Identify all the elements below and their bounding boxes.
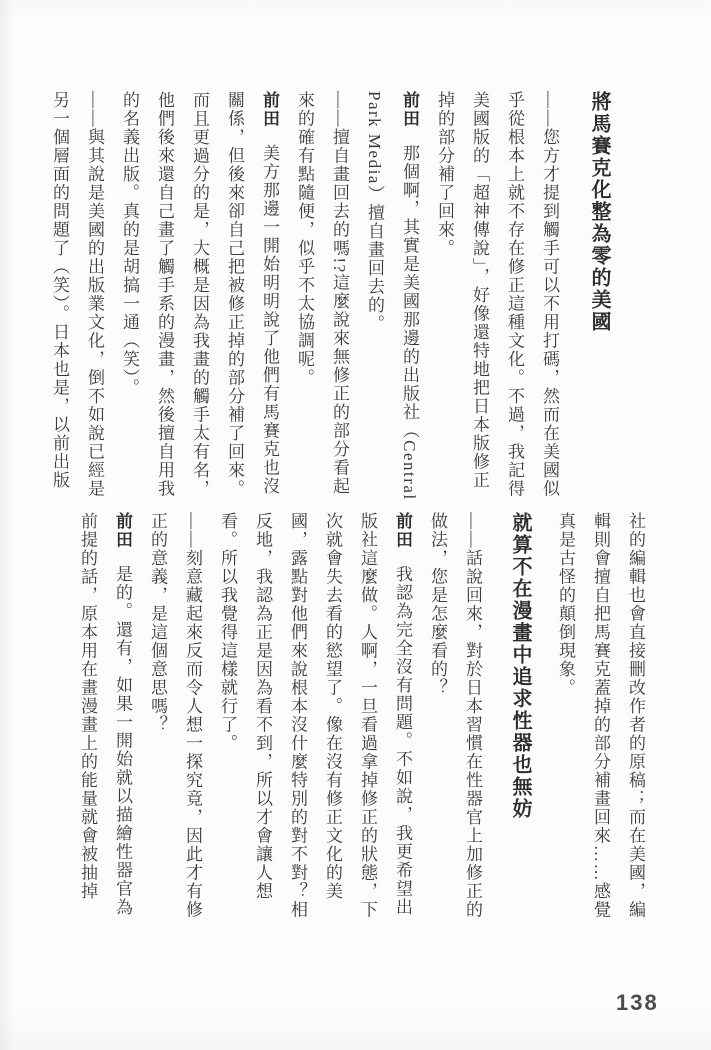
paragraph-text: 美方那邊一開始明明說了他們有馬賽克也沒關係，但後來卻自己把被修正掉的部分補了回來… [120,91,279,498]
paragraph-text: ——擅自畫回去的嗎!?這麼說來無修正的部分看起來的確有點隨便，似乎不太協調呢。 [295,91,349,496]
speaker-label: 前田 [393,512,412,549]
speaker-label: 前田 [113,512,132,549]
continuation-text: 社的編輯也會直接刪改作者的原稿；而在美國，編輯則會擅自把馬賽克蓋掉的部分補畫回來… [548,512,653,928]
interview-question: ——刻意藏起來反而令人想一探究竟，因此才有修正的意義，是這個意思嗎？ [140,512,210,928]
paragraph-text: ——與其說是美國的出版業文化，倒不如說已經是另一個層面的問題了（笑）。日本也是，… [50,91,104,498]
interview-question: ——您方才提到觸手可以不用打碼，然而在美國似乎從根本上就不存在修正這種文化。不過… [427,91,567,507]
interview-answer: 前田美方那邊一開始明明說了他們有馬賽克也沒關係，但後來卻自己把被修正掉的部分補了… [112,91,287,507]
section-no-genitals-needed: 社的編輯也會直接刪改作者的原稿；而在美國，編輯則會擅自把馬賽克蓋掉的部分補畫回來… [23,512,653,928]
interview-question: ——擅自畫回去的嗎!?這麼說來無修正的部分看起來的確有點隨便，似乎不太協調呢。 [287,91,357,507]
page-number: 138 [616,990,659,1016]
interview-answer: 前田我認為完全沒有問題。不如說，我更希望出版社這麼做。人啊，一旦看過拿掉修正的狀… [210,512,420,928]
paragraph-text: 是的。還有，如果一開始就以描繪性器官為前提的話，原本用在畫漫畫上的能量就會被抽掉 [78,512,132,917]
paragraph-text: ——您方才提到觸手可以不用打碼，然而在美國似乎從根本上就不存在修正這種文化。不過… [435,91,559,498]
paragraph-text: ——話說回來，對於日本習慣在性器官上加修正的做法，您是怎麼看的？ [428,512,482,919]
interview-question: ——話說回來，對於日本習慣在性器官上加修正的做法，您是怎麼看的？ [420,512,490,928]
interview-answer: 前田是的。還有，如果一開始就以描繪性器官為前提的話，原本用在畫漫畫上的能量就會被… [70,512,140,928]
paragraph-text: 我認為完全沒有問題。不如說，我更希望出版社這麼做。人啊，一旦看過拿掉修正的狀態，… [218,512,412,919]
section-heading: 將馬賽克化整為零的美國 [579,91,619,507]
speaker-label: 前田 [400,91,419,128]
section-heading: 就算不在漫畫中追求性器也無妨 [500,512,540,928]
speaker-label: 前田 [260,91,279,128]
book-page: 將馬賽克化整為零的美國 ——您方才提到觸手可以不用打碼，然而在美國似乎從根本上就… [0,0,711,1050]
section-us-mosaic: 將馬賽克化整為零的美國 ——您方才提到觸手可以不用打碼，然而在美國似乎從根本上就… [19,91,619,507]
paragraph-text: 那個啊，其實是美國那邊的出版社（Central Park Media）擅自畫回去… [365,91,419,501]
interview-answer: 前田那個啊，其實是美國那邊的出版社（Central Park Media）擅自畫… [357,91,427,507]
paragraph-text: 社的編輯也會直接刪改作者的原稿；而在美國，編輯則會擅自把馬賽克蓋掉的部分補畫回來… [556,512,645,919]
paragraph-text: ——刻意藏起來反而令人想一探究竟，因此才有修正的意義，是這個意思嗎？ [148,512,202,919]
interview-question: ——與其說是美國的出版業文化，倒不如說已經是另一個層面的問題了（笑）。日本也是，… [42,91,112,507]
